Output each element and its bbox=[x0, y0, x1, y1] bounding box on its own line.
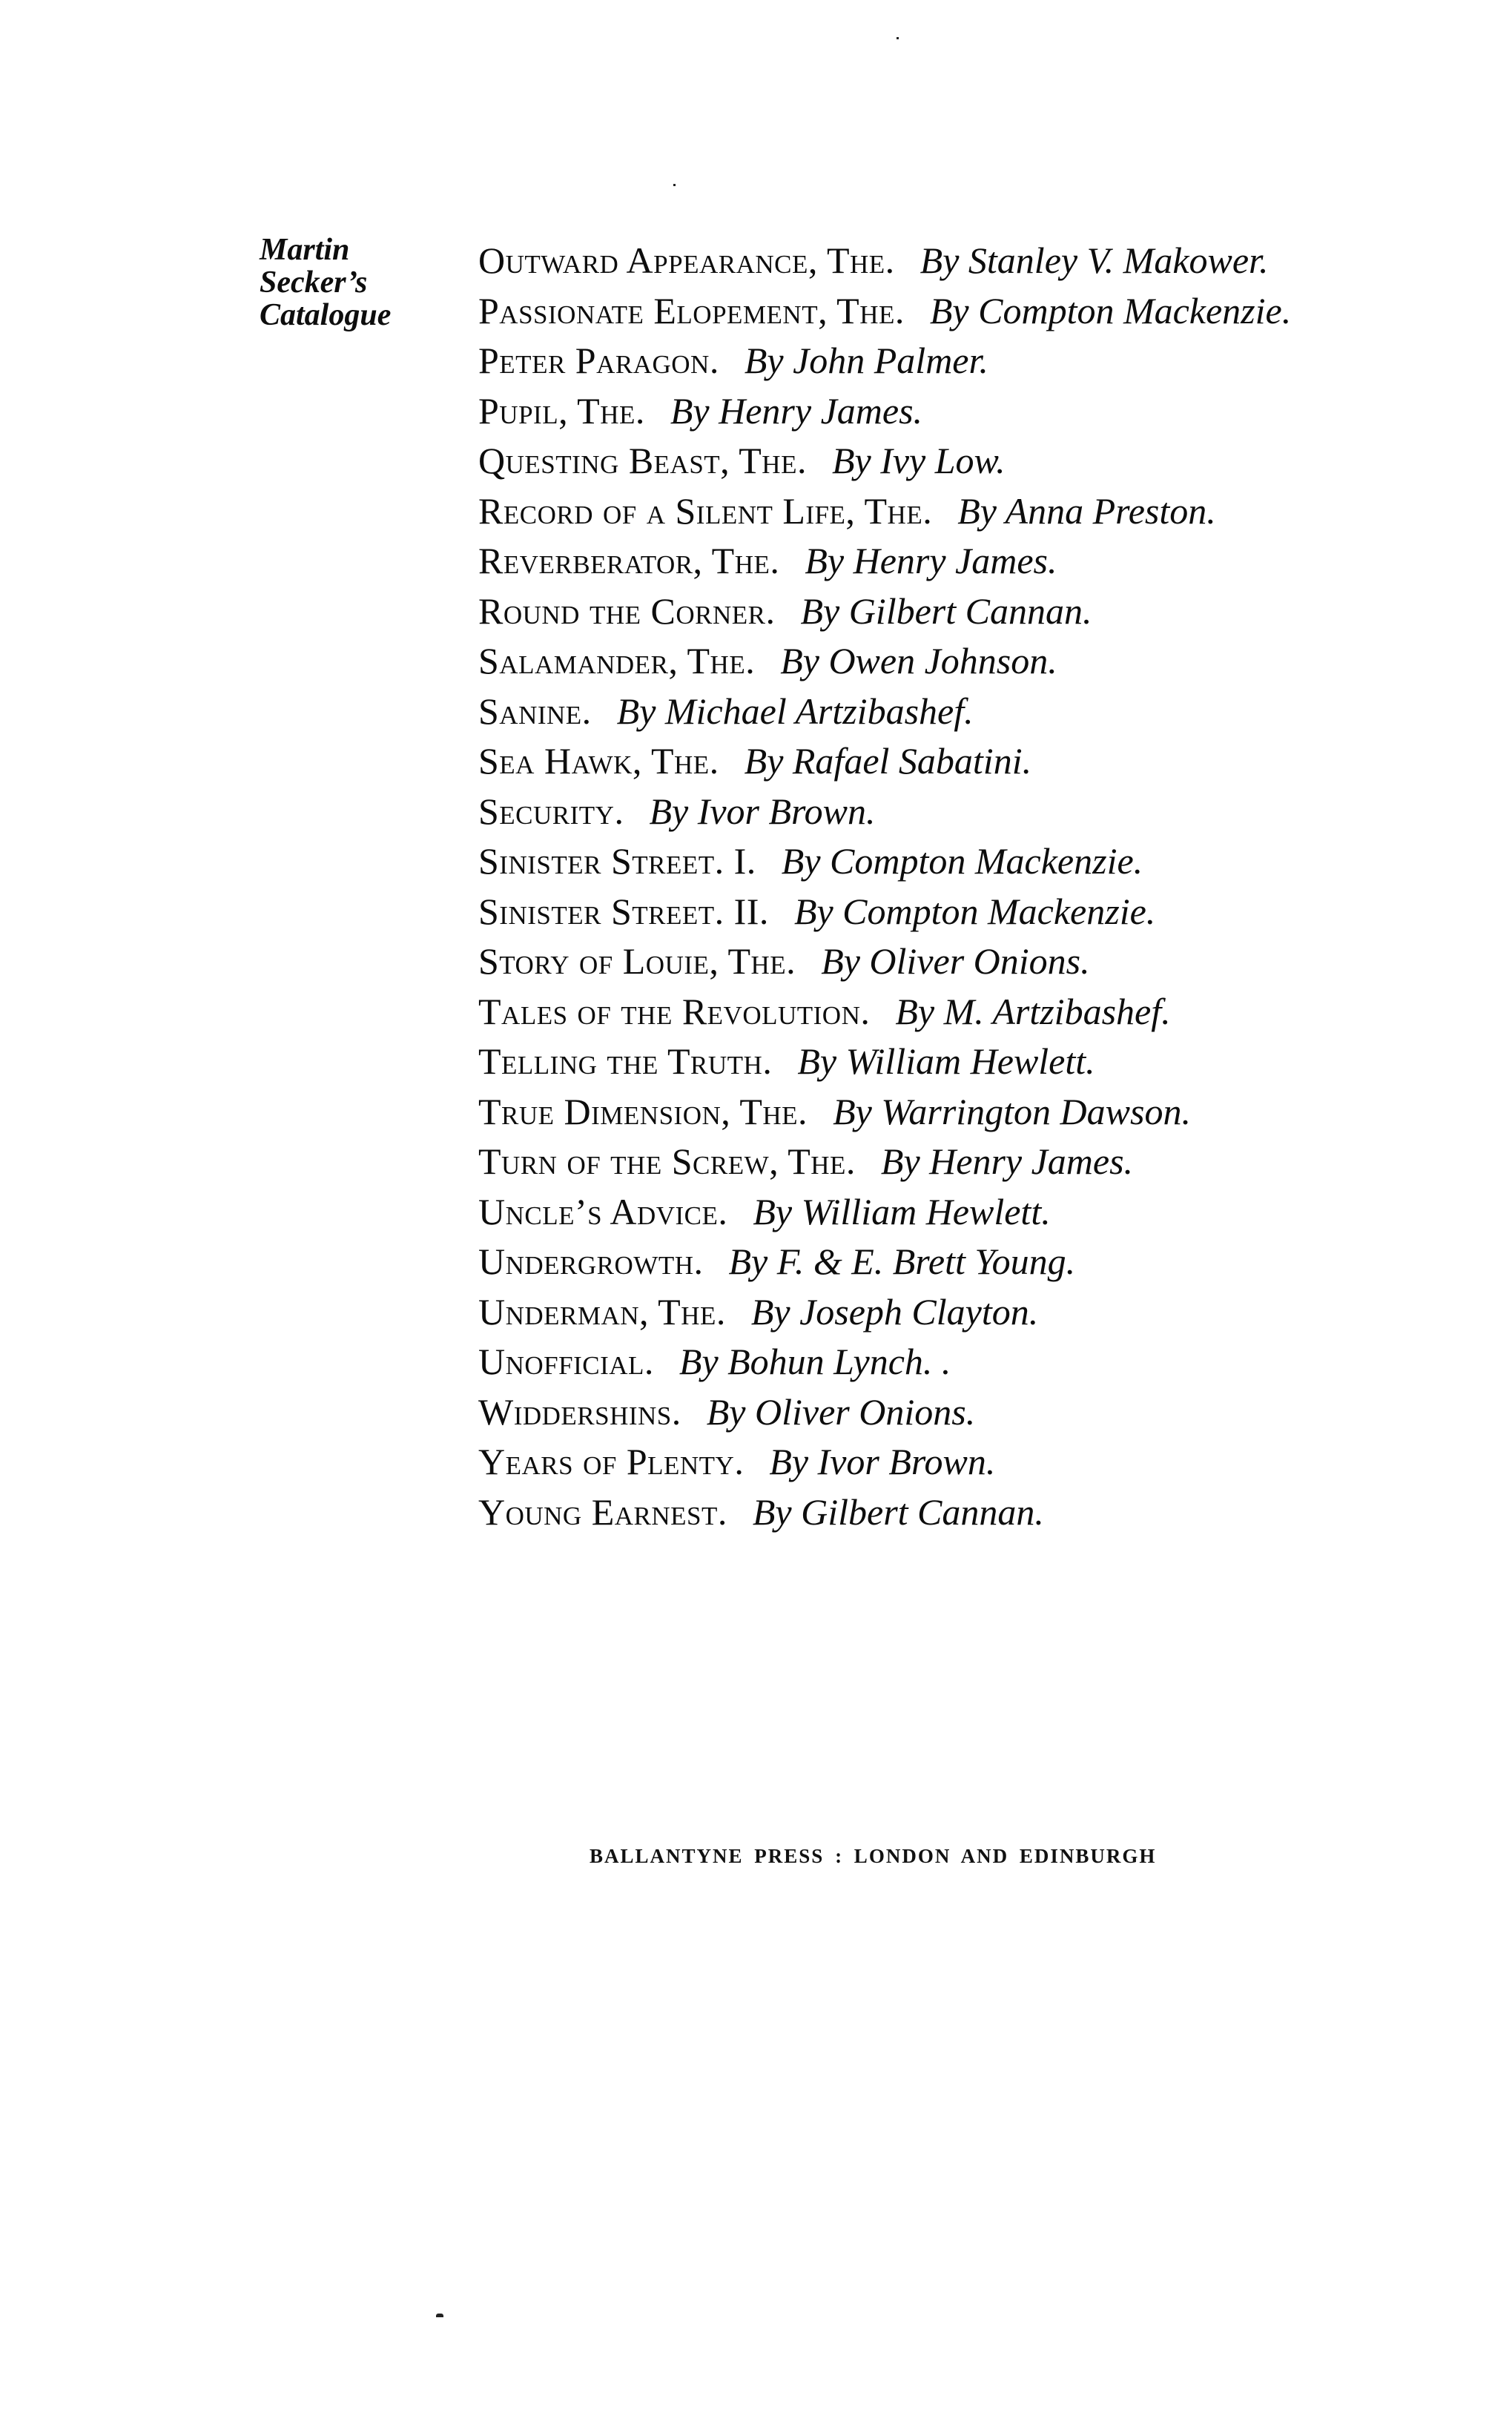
book-author: By Compton Mackenzie. bbox=[782, 840, 1143, 882]
book-title: Record of a Silent Life, The. bbox=[478, 490, 932, 532]
book-author: By Bohun Lynch. . bbox=[679, 1341, 951, 1382]
margin-heading-line: Martin bbox=[260, 234, 423, 266]
margin-heading-line: Secker’s bbox=[260, 266, 423, 299]
book-title: Sinister Street. I. bbox=[478, 840, 756, 882]
catalogue-entry: Turn of the Screw, The.By Henry James. bbox=[478, 1137, 1487, 1187]
catalogue-entry: Outward Appearance, The.By Stanley V. Ma… bbox=[478, 236, 1487, 286]
catalogue-entry: Security.By Ivor Brown. bbox=[478, 787, 1487, 837]
book-title: Uncle’s Advice. bbox=[478, 1191, 727, 1232]
book-author: By Rafael Sabatini. bbox=[745, 740, 1031, 782]
book-author: By Anna Preston. bbox=[957, 490, 1216, 532]
catalogue-entry: Sinister Street. II.By Compton Mackenzie… bbox=[478, 887, 1487, 937]
catalogue-entry: Sanine.By Michael Artzibashef. bbox=[478, 687, 1487, 737]
book-author: By Warrington Dawson. bbox=[833, 1091, 1191, 1132]
book-author: By Oliver Onions. bbox=[821, 940, 1089, 982]
catalogue-entry: Sinister Street. I.By Compton Mackenzie. bbox=[478, 836, 1487, 887]
catalogue-entry: Questing Beast, The.By Ivy Low. bbox=[478, 436, 1487, 486]
book-title: Passionate Elopement, The. bbox=[478, 290, 905, 331]
book-title: Undergrowth. bbox=[478, 1241, 703, 1282]
catalogue-entry: Story of Louie, The.By Oliver Onions. bbox=[478, 937, 1487, 987]
book-title: Reverberator, The. bbox=[478, 540, 779, 581]
book-title: Telling the Truth. bbox=[478, 1040, 772, 1082]
print-speck bbox=[436, 2314, 443, 2317]
printer-imprint: BALLANTYNE PRESS : LONDON AND EDINBURGH bbox=[590, 1845, 1156, 1868]
catalogue-list: Outward Appearance, The.By Stanley V. Ma… bbox=[478, 236, 1487, 1537]
book-title: Peter Paragon. bbox=[478, 340, 719, 381]
book-author: By Oliver Onions. bbox=[707, 1391, 975, 1433]
book-title: Underman, The. bbox=[478, 1291, 726, 1333]
catalogue-entry: Round the Corner.By Gilbert Cannan. bbox=[478, 587, 1487, 637]
catalogue-entry: Years of Plenty.By Ivor Brown. bbox=[478, 1437, 1487, 1487]
catalogue-entry: Widdershins.By Oliver Onions. bbox=[478, 1387, 1487, 1438]
book-author: By F. & E. Brett Young. bbox=[728, 1241, 1075, 1282]
book-author: By Henry James. bbox=[670, 390, 922, 432]
book-title: Years of Plenty. bbox=[478, 1441, 744, 1482]
book-title: Salamander, The. bbox=[478, 640, 755, 681]
catalogue-entry: Uncle’s Advice.By William Hewlett. bbox=[478, 1187, 1487, 1238]
book-author: By Henry James. bbox=[881, 1140, 1133, 1182]
book-author: By Owen Johnson. bbox=[780, 640, 1057, 681]
print-speck bbox=[897, 37, 899, 39]
book-author: By Gilbert Cannan. bbox=[800, 590, 1092, 632]
book-title: Widdershins. bbox=[478, 1391, 681, 1433]
book-title: Sanine. bbox=[478, 690, 592, 732]
margin-heading: Martin Secker’s Catalogue bbox=[260, 234, 423, 331]
catalogue-entry: Telling the Truth.By William Hewlett. bbox=[478, 1037, 1487, 1087]
book-author: By Henry James. bbox=[805, 540, 1057, 581]
book-title: True Dimension, The. bbox=[478, 1091, 808, 1132]
catalogue-entry: True Dimension, The.By Warrington Dawson… bbox=[478, 1087, 1487, 1137]
catalogue-entry: Unofficial.By Bohun Lynch. . bbox=[478, 1337, 1487, 1387]
book-author: By M. Artzibashef. bbox=[895, 991, 1170, 1032]
book-title: Story of Louie, The. bbox=[478, 940, 796, 982]
book-author: By Michael Artzibashef. bbox=[617, 690, 974, 732]
book-title: Round the Corner. bbox=[478, 590, 775, 632]
book-author: By William Hewlett. bbox=[753, 1191, 1050, 1232]
catalogue-entry: Underman, The.By Joseph Clayton. bbox=[478, 1287, 1487, 1338]
catalogue-entry: Pupil, The.By Henry James. bbox=[478, 386, 1487, 437]
print-speck bbox=[673, 184, 676, 186]
book-title: Young Earnest. bbox=[478, 1491, 727, 1533]
book-author: By Stanley V. Makower. bbox=[920, 240, 1269, 281]
book-author: By Compton Mackenzie. bbox=[930, 290, 1291, 331]
book-title: Outward Appearance, The. bbox=[478, 240, 895, 281]
catalogue-entry: Record of a Silent Life, The.By Anna Pre… bbox=[478, 486, 1487, 537]
book-author: By Joseph Clayton. bbox=[751, 1291, 1038, 1333]
book-author: By Gilbert Cannan. bbox=[753, 1491, 1044, 1533]
book-author: By Compton Mackenzie. bbox=[794, 891, 1155, 932]
catalogue-page: Martin Secker’s Catalogue Outward Appear… bbox=[0, 0, 1512, 2427]
book-title: Pupil, The. bbox=[478, 390, 645, 432]
catalogue-entry: Salamander, The.By Owen Johnson. bbox=[478, 636, 1487, 687]
catalogue-entry: Undergrowth.By F. & E. Brett Young. bbox=[478, 1237, 1487, 1287]
book-title: Security. bbox=[478, 790, 624, 832]
catalogue-entry: Reverberator, The.By Henry James. bbox=[478, 536, 1487, 587]
book-title: Sinister Street. II. bbox=[478, 891, 769, 932]
catalogue-entry: Passionate Elopement, The.By Compton Mac… bbox=[478, 286, 1487, 337]
catalogue-entry: Peter Paragon.By John Palmer. bbox=[478, 336, 1487, 386]
book-title: Sea Hawk, The. bbox=[478, 740, 719, 782]
margin-heading-line: Catalogue bbox=[260, 299, 423, 331]
book-title: Questing Beast, The. bbox=[478, 440, 807, 481]
book-title: Tales of the Revolution. bbox=[478, 991, 870, 1032]
book-author: By Ivor Brown. bbox=[649, 790, 875, 832]
book-title: Unofficial. bbox=[478, 1341, 654, 1382]
catalogue-entry: Tales of the Revolution.By M. Artzibashe… bbox=[478, 987, 1487, 1037]
catalogue-entry: Sea Hawk, The.By Rafael Sabatini. bbox=[478, 736, 1487, 787]
book-title: Turn of the Screw, The. bbox=[478, 1140, 856, 1182]
catalogue-entry: Young Earnest.By Gilbert Cannan. bbox=[478, 1487, 1487, 1538]
book-author: By John Palmer. bbox=[745, 340, 988, 381]
book-author: By Ivy Low. bbox=[832, 440, 1006, 481]
book-author: By William Hewlett. bbox=[797, 1040, 1095, 1082]
book-author: By Ivor Brown. bbox=[769, 1441, 995, 1482]
